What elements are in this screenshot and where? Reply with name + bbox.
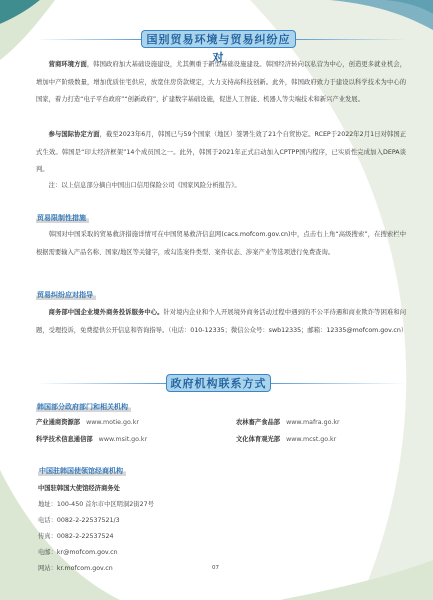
section-title: 政府机构联系方式 — [166, 374, 271, 392]
paragraph-lead: 参与国际协定方面 — [49, 131, 100, 138]
paragraph-lead: 营商环境方面 — [49, 61, 87, 68]
agency-item: 产业通商资源部www.motie.go.kr — [36, 417, 139, 426]
embassy-website: 网站：kr.mofcom.gov.cn — [38, 561, 154, 577]
paragraph-trade-restriction: 韩国对中国采取的贸易救济措施详情可在中国贸易救济信息网(cacs.mofcom.… — [36, 226, 406, 261]
address-value: 100-450 首尔市中区明洞2街27号 — [57, 501, 154, 508]
embassy-address: 地址：100-450 首尔市中区明洞2街27号 — [38, 497, 154, 513]
paragraph-international-agreements: 参与国际协定方面，截至2023年6月，韩国已与59个国家（地区）签署生效了21个… — [36, 126, 406, 179]
email-link[interactable]: kr@mofcom.gov.cn — [57, 549, 118, 556]
banner-divider-left — [36, 39, 141, 40]
website-link[interactable]: kr.mofcom.gov.cn — [57, 565, 113, 572]
address-label: 地址： — [38, 501, 57, 508]
agency-name: 产业通商资源部 — [36, 419, 80, 426]
agency-name: 农林畜产食品部 — [236, 419, 280, 426]
agency-item: 农林畜产食品部www.mafra.go.kr — [236, 417, 340, 426]
agency-url-link[interactable]: www.msit.go.kr — [99, 436, 147, 443]
embassy-email: 电邮：kr@mofcom.gov.cn — [38, 545, 154, 561]
agency-url-link[interactable]: www.mcst.go.kr — [286, 436, 336, 443]
banner-divider-right — [271, 383, 406, 384]
source-note: 注：以上信息部分摘自中国出口信用保险公司《国家风险分析报告》。 — [36, 177, 406, 195]
website-label: 网站： — [38, 565, 57, 572]
banner-divider-left — [36, 383, 166, 384]
paragraph-business-environment: 营商环境方面，韩国政府加大基础设施建设，尤其侧重于新型基础设施建设。韩国经济转向… — [36, 56, 406, 109]
embassy-contact-block: 中国驻韩国大使馆经济商务处 地址：100-450 首尔市中区明洞2街27号 电话… — [38, 481, 154, 577]
paragraph-text: ，韩国政府加大基础设施建设，尤其侧重于新型基础设施建设。韩国经济转向以私营为中心… — [36, 61, 406, 103]
fax-value: 0082-2-22537524 — [57, 533, 114, 540]
agency-item: 文化体育观光部www.mcst.go.kr — [236, 434, 336, 443]
section-banner-trade-environment: 国别贸易环境与贸易纠纷应对 — [36, 30, 406, 50]
subheading-trade-restriction: 贸易限制性措施 — [36, 213, 89, 223]
fax-label: 传真： — [38, 533, 57, 540]
document-page: 国别贸易环境与贸易纠纷应对 营商环境方面，韩国政府加大基础设施建设，尤其侧重于新… — [0, 0, 433, 600]
email-label: 电邮： — [38, 549, 57, 556]
page-number: 07 — [212, 565, 219, 571]
subheading-china-embassy: 中国驻韩国使领馆经商机构 — [38, 466, 126, 476]
embassy-name: 中国驻韩国大使馆经济商务处 — [38, 481, 154, 497]
section-banner-government-contacts: 政府机构联系方式 — [36, 374, 406, 394]
agency-row: 产业通商资源部www.motie.go.kr 农林畜产食品部www.mafra.… — [36, 417, 406, 429]
subheading-korea-agencies: 韩国部分政府部门和相关机构 — [36, 402, 131, 412]
embassy-phone: 电话：0082-2-22537521/3 — [38, 513, 154, 529]
section-title: 国别贸易环境与贸易纠纷应对 — [141, 30, 296, 48]
agency-name: 文化体育观光部 — [236, 436, 280, 443]
paragraph-lead: 商务部中国企业境外商务投诉服务中心。 — [49, 309, 164, 316]
agency-url-link[interactable]: www.motie.go.kr — [86, 419, 139, 426]
subheading-dispute-guide: 贸易纠纷应对指导 — [36, 290, 96, 300]
paragraph-dispute-guide: 商务部中国企业境外商务投诉服务中心。针对境内企业和个人开展境外商务活动过程中遇到… — [36, 304, 406, 339]
agency-name: 科学技术信息通信部 — [36, 436, 93, 443]
phone-label: 电话： — [38, 517, 57, 524]
banner-divider-right — [296, 39, 406, 40]
phone-value: 0082-2-22537521/3 — [57, 517, 120, 524]
agency-item: 科学技术信息通信部www.msit.go.kr — [36, 434, 147, 443]
agency-row: 科学技术信息通信部www.msit.go.kr 文化体育观光部www.mcst.… — [36, 434, 406, 446]
agency-url-link[interactable]: www.mafra.go.kr — [286, 419, 340, 426]
embassy-fax: 传真：0082-2-22537524 — [38, 529, 154, 545]
